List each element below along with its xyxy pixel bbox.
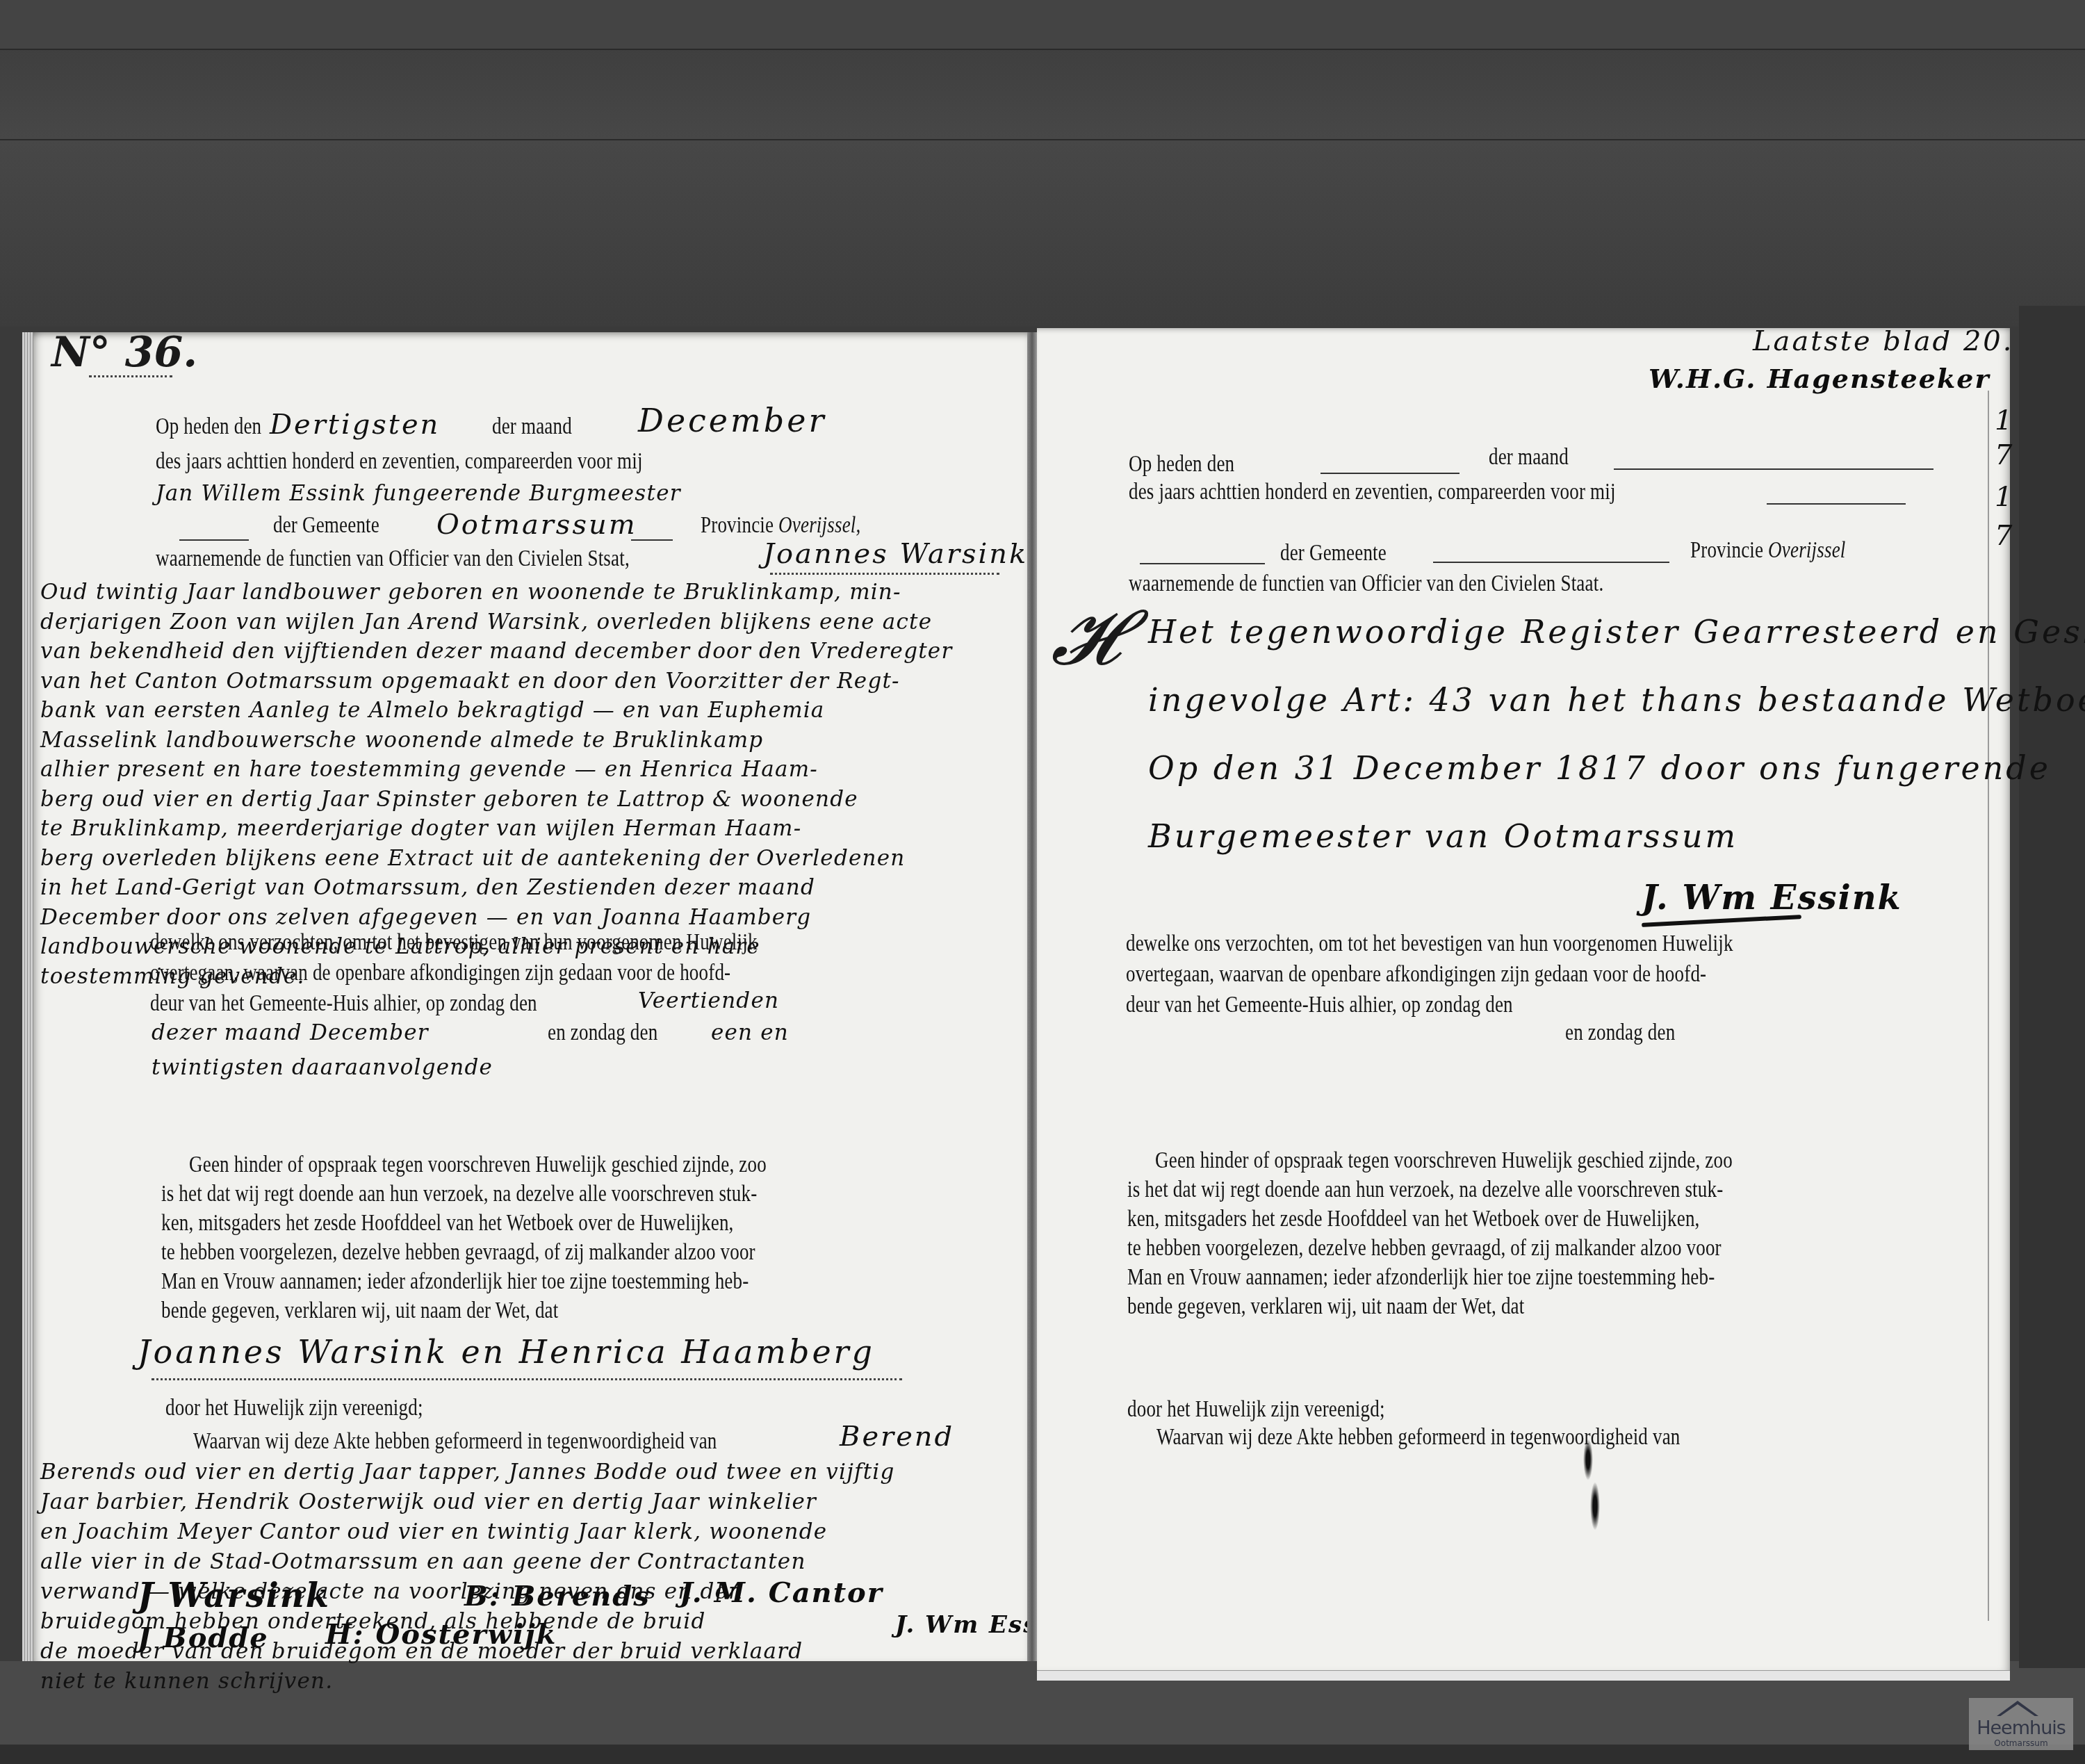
handwritten-line: derjarigen Zoon van wijlen Jan Arend War… — [40, 610, 952, 639]
groom-name-field: Joannes Warsink — [763, 538, 1028, 570]
handwritten-line: Het tegenwoordige Register Gearresteerd … — [1148, 613, 2085, 681]
handwritten-line: bank van eersten Aanleg te Almelo bekrag… — [40, 698, 952, 728]
signature-witness-bodde: J Bodde — [138, 1622, 269, 1654]
handwritten-line: in het Land-Gerigt van Ootmarssum, den Z… — [40, 875, 952, 905]
first-sunday-field: Veertienden — [638, 988, 779, 1013]
printed-text: dewelke ons verzochten, om tot het beves… — [1126, 931, 1733, 957]
margin-mark: 7 — [1995, 520, 2012, 552]
printed-line: bende gegeven, verklaren wij, uit naam d… — [161, 1298, 762, 1328]
handwritten-line: berg overleden blijkens eene Extract uit… — [40, 846, 952, 876]
province-label: Provincie — [1690, 538, 1763, 563]
handwritten-fill: dezer maand December — [152, 1020, 429, 1045]
book-gutter — [1027, 332, 1037, 1661]
handwritten-line: Berends oud vier en dertig Jaar tapper, … — [40, 1460, 894, 1489]
printed-text: deur van het Gemeente-Huis alhier, op zo… — [150, 991, 537, 1017]
blank-line — [1614, 463, 1933, 475]
province-label: Provincie — [701, 513, 774, 538]
page-stack-edge — [22, 332, 33, 1661]
printed-text: Waarvan wij deze Akte hebben geformeerd … — [193, 1429, 717, 1455]
printed-line: ken, mitsgaders het zesde Hoofddeel van … — [161, 1211, 762, 1240]
blank-line — [179, 534, 249, 546]
watermark-town: Ootmarssum — [1969, 1738, 2073, 1748]
signature-witness-berends: B: Berends — [464, 1580, 651, 1612]
printed-line: Man en Vrouw aannamen; ieder afzonderlij… — [1127, 1265, 1728, 1294]
watermark-name: Heemhuis — [1970, 1717, 2072, 1739]
handwritten-line: ingevolge Art: 43 van het thans bestaand… — [1148, 681, 2085, 749]
second-sunday-field: een en — [711, 1020, 789, 1045]
couple-names-field: Joannes Warsink en Henrica Haamberg — [138, 1333, 875, 1371]
blank-line — [631, 534, 673, 546]
printed-text: Op heden den — [156, 414, 261, 440]
printed-text: overtegaan, waarvan de openbare afkondig… — [1126, 962, 1706, 988]
printed-text: der maand — [1489, 445, 1569, 471]
scanner-background-top — [0, 0, 2085, 327]
margin-mark: 1 — [1995, 481, 2012, 513]
printed-text: waarnemende de functien van Officier van… — [1129, 571, 1603, 597]
signature-groom: J Warsink — [138, 1576, 330, 1615]
province-name: Overijssel, — [778, 513, 860, 538]
declaration-block: Geen hinder of opspraak tegen voorschrev… — [161, 1152, 893, 1328]
right-page: Laatste blad 20. W.H.G. Hagensteeker 1 7… — [1037, 328, 2010, 1671]
blank-line — [1320, 467, 1459, 480]
printed-line: is het dat wij regt doende aan hun verzo… — [1127, 1177, 1728, 1207]
printed-text: Op heden den — [1129, 452, 1234, 477]
province-text: Provincie Overijssel, — [701, 513, 860, 539]
printed-line: Geen hinder of opspraak tegen voorschrev… — [1155, 1148, 1733, 1177]
blank-line — [1140, 557, 1265, 570]
handwritten-line: niet te kunnen schrijven. — [40, 1669, 894, 1699]
header-note: Laatste blad 20. — [1753, 325, 2014, 357]
printed-text: der Gemeente — [1280, 541, 1387, 566]
printed-text: der maand — [492, 414, 572, 440]
month-field: December — [638, 402, 826, 439]
handwritten-line: Oud twintig Jaar landbouwer geboren en w… — [40, 580, 952, 610]
header-signature: W.H.G. Hagensteeker — [1649, 363, 1990, 394]
dotted-underline — [89, 375, 172, 377]
house-roof-icon-inner — [2000, 1704, 2036, 1717]
printed-text: door het Huwelijk zijn vereenigd; — [1127, 1397, 1385, 1423]
handwritten-line: van het Canton Ootmarssum opgemaakt en d… — [40, 669, 952, 699]
page-bottom-edge — [1037, 1670, 2010, 1681]
handwritten-line: en Joachim Meyer Cantor oud vier en twin… — [40, 1519, 894, 1549]
handwritten-line: te Bruklinkamp, meerderjarige dogter van… — [40, 816, 952, 846]
blank-line — [1433, 556, 1669, 569]
printed-text: deur van het Gemeente-Huis alhier, op zo… — [1126, 993, 1513, 1018]
printed-text: waarnemende de functien van Officier van… — [156, 546, 630, 572]
handwritten-line: Op den 31 December 1817 door ons fungere… — [1148, 749, 2085, 817]
printed-line: Geen hinder of opspraak tegen voorschrev… — [189, 1152, 767, 1182]
margin-mark: 1 — [1995, 405, 2012, 436]
background-strip — [0, 1745, 2085, 1764]
background-band — [0, 49, 2085, 50]
printed-text: der Gemeente — [273, 513, 379, 539]
ink-blot — [1583, 1439, 1593, 1480]
printed-line: bende gegeven, verklaren wij, uit naam d… — [1127, 1294, 1728, 1323]
printed-text: en zondag den — [548, 1020, 657, 1046]
declaration-block: Geen hinder of opspraak tegen voorschrev… — [1127, 1148, 1859, 1323]
signature-witness-oosterwijk: H: Oosterwijk — [325, 1618, 557, 1651]
left-page: N° 36. Op heden den Dertigsten der maand… — [33, 332, 1027, 1661]
printed-line: Man en Vrouw aannamen; ieder afzonderlij… — [161, 1269, 762, 1298]
official-field: Jan Willem Essink fungeerende Burgmeeste… — [156, 481, 681, 506]
blank-line — [1767, 498, 1906, 510]
printed-line: te hebben voorgelezen, dezelve hebben ge… — [1127, 1236, 1728, 1265]
decorative-initial: 𝓗 — [1051, 599, 1120, 676]
printed-text: en zondag den — [1565, 1020, 1675, 1046]
dotted-underline — [152, 1378, 902, 1380]
closing-note: Het tegenwoordige Register Gearresteerd … — [1148, 613, 2085, 885]
opening-line-1: Op heden den — [156, 414, 285, 440]
printed-text: des jaars achttien honderd en zeventien,… — [156, 449, 643, 475]
handwritten-line: van bekendheid den vijftienden dezer maa… — [40, 639, 952, 669]
printed-text: dewelke ons verzochten, om tot het beves… — [150, 930, 758, 956]
closing-signature: J. Wm Essink — [1642, 879, 1902, 917]
printed-text: Waarvan wij deze Akte hebben geformeerd … — [1156, 1425, 1681, 1451]
handwritten-fill: twintigsten daaraanvolgende — [152, 1055, 493, 1080]
margin-rule — [1988, 391, 1989, 1621]
witness-first-field: Berend — [840, 1421, 954, 1453]
scanner-background-right — [2019, 306, 2085, 1668]
ink-blot — [1590, 1482, 1600, 1530]
handwritten-line: alhier present en hare toestemming geven… — [40, 757, 952, 787]
printed-line: ken, mitsgaders het zesde Hoofddeel van … — [1127, 1207, 1728, 1236]
printed-line: is het dat wij regt doende aan hun verzo… — [161, 1182, 762, 1211]
heemhuis-watermark: Heemhuis Ootmarssum — [1969, 1698, 2073, 1750]
printed-text: door het Huwelijk zijn vereenigd; — [165, 1396, 423, 1421]
province-name: Overijssel — [1768, 538, 1845, 563]
handwritten-line: berg oud vier en dertig Jaar Spinster ge… — [40, 787, 952, 817]
handwritten-line: Jaar barbier, Hendrik Oosterwijk oud vie… — [40, 1489, 894, 1519]
province-text: Provincie Overijssel — [1690, 538, 1845, 564]
municipality-field: Ootmarssum — [436, 509, 637, 541]
printed-line: te hebben voorgelezen, dezelve hebben ge… — [161, 1240, 762, 1269]
printed-text: overtegaan, waarvan de openbare afkondig… — [150, 961, 730, 986]
handwritten-line: Masselink landbouwersche woonende almede… — [40, 728, 952, 758]
printed-text: des jaars achttien honderd en zeventien,… — [1129, 480, 1616, 505]
handwritten-line: Burgemeester van Ootmarssum — [1148, 817, 2085, 885]
record-number: N° 36. — [51, 328, 197, 377]
margin-mark: 7 — [1995, 439, 2012, 471]
dotted-underline — [770, 573, 999, 575]
background-band — [0, 139, 2085, 140]
signature-witness-cantor: J. M. Cantor — [680, 1576, 883, 1609]
day-field: Dertigsten — [270, 409, 440, 441]
handwritten-line: alle vier in de Stad-Ootmarssum en aan g… — [40, 1549, 894, 1579]
